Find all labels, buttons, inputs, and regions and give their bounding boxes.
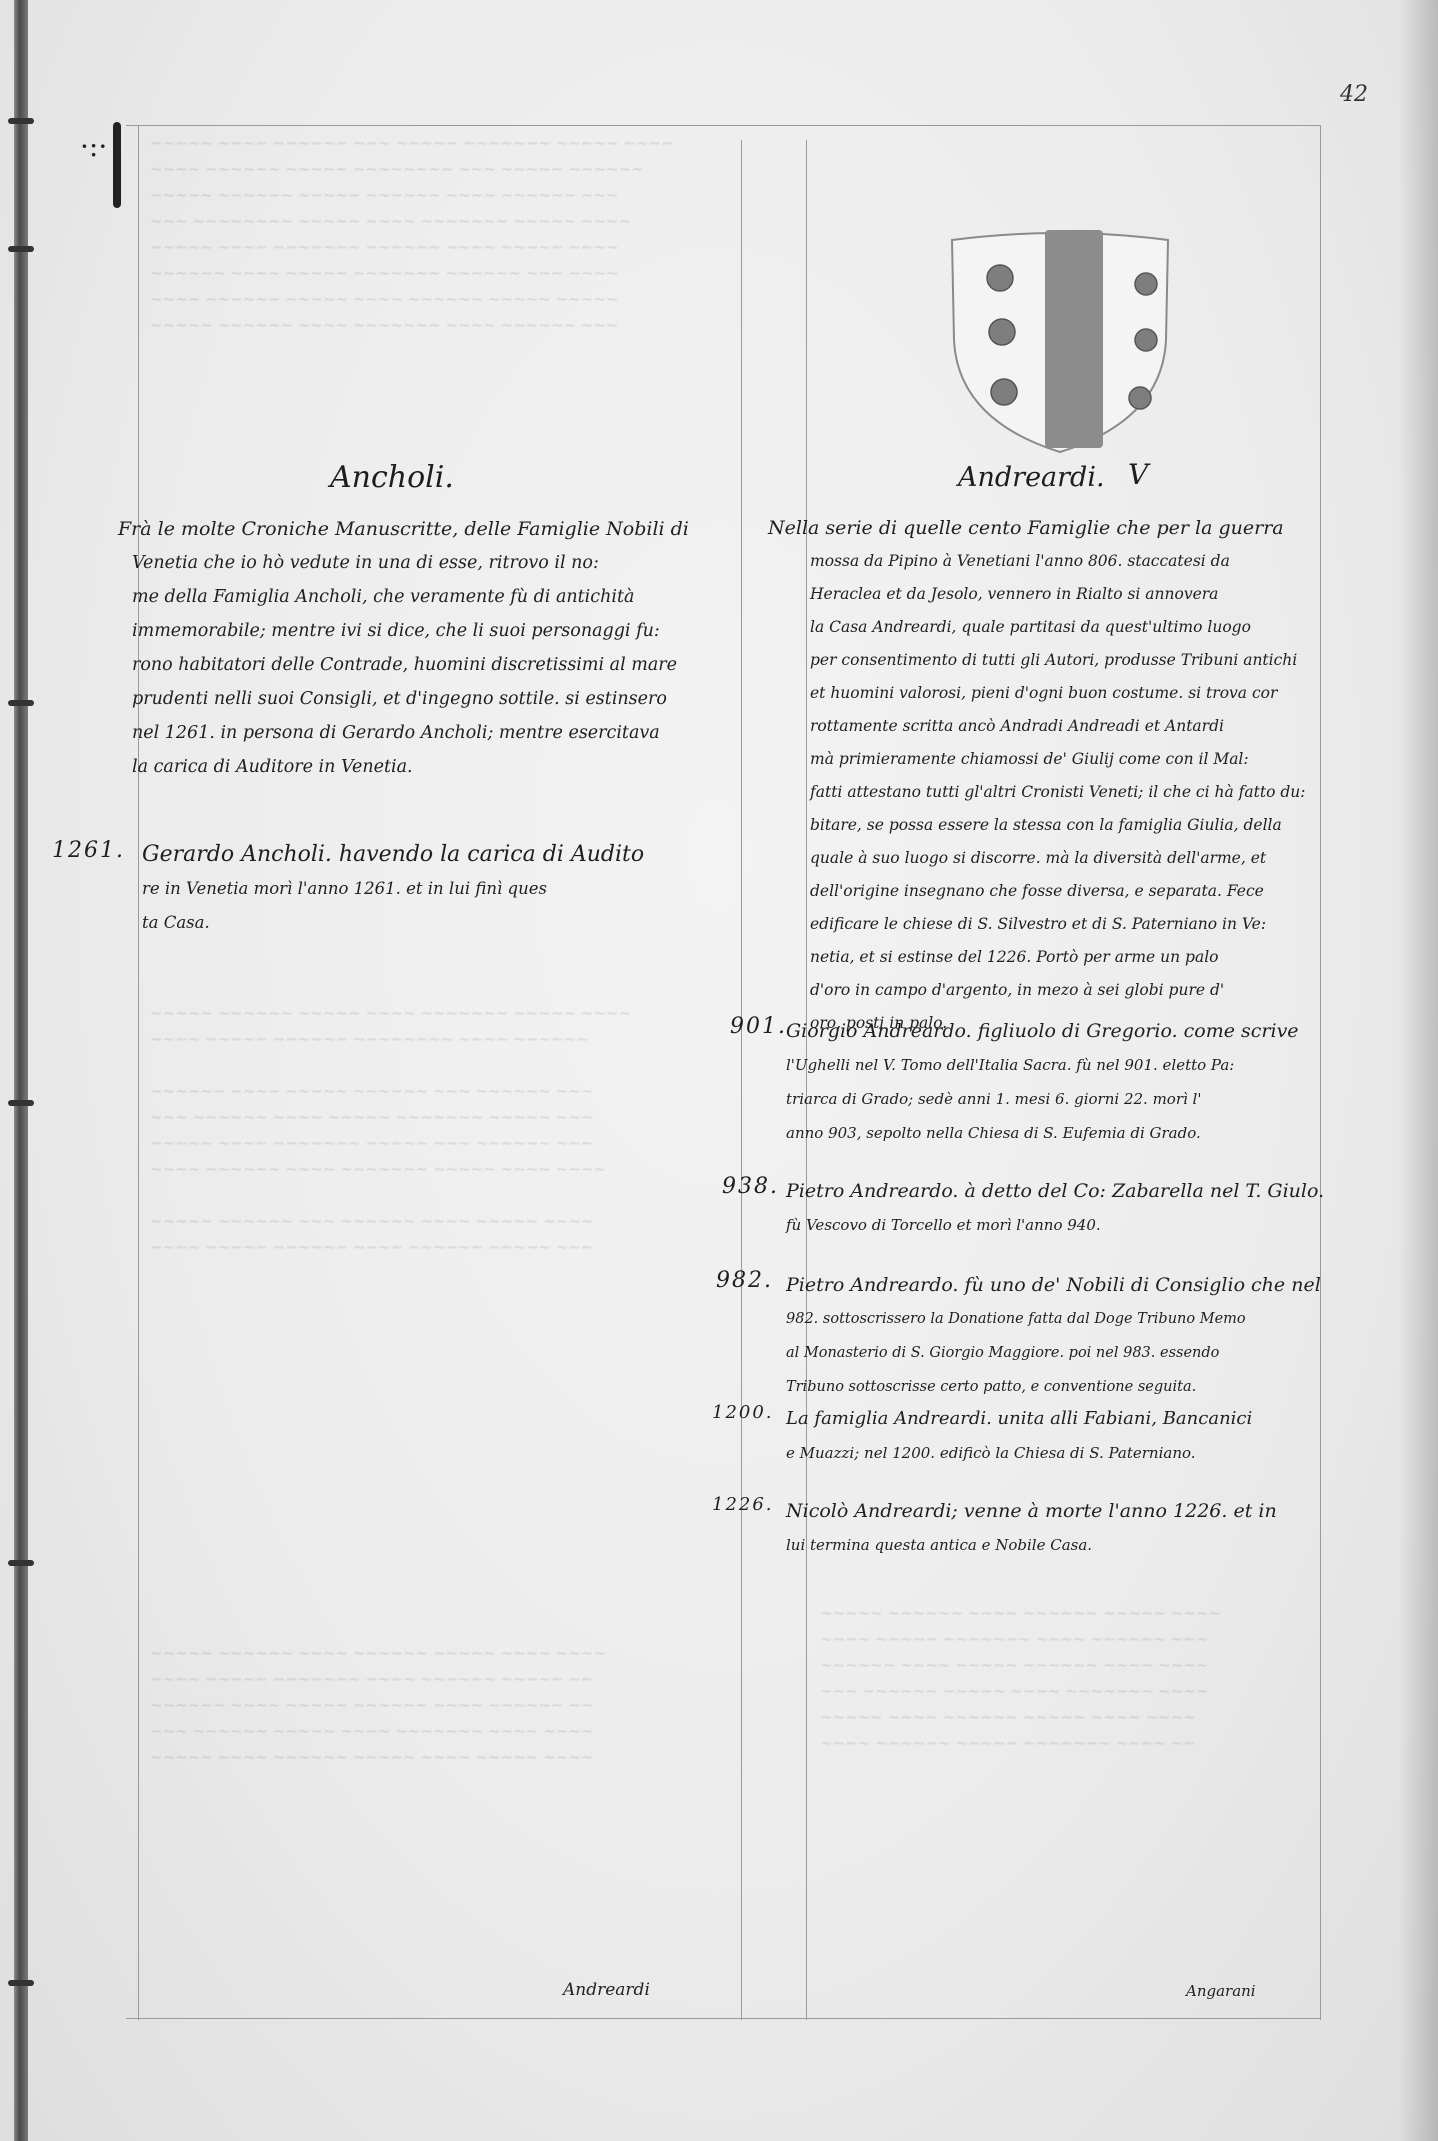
left-margin-rule [138,125,139,2020]
binding-stitch [8,1980,34,1986]
intro-line: netia, et si estinse del 1226. Portò per… [768,941,1328,974]
manuscript-page: 42 ·:· ~~~~~ ~~~~ ~~~~~~ ~~~ ~~~~~ ~~~~~… [0,0,1438,2141]
margin-bar-mark [113,122,121,208]
entry-line: anno 903, sepolto nella Chiesa di S. Euf… [786,1116,1326,1150]
intro-line: rottamente scritta ancò Andradi Andreadi… [768,710,1328,743]
entry-text: Giorgio Andreardo. figliuolo di Gregorio… [786,1014,1326,1150]
intro-line: la Casa Andreardi, quale partitasi da qu… [768,611,1328,644]
top-rule [126,125,1321,126]
entry-line: Tribuno sottoscrisse certo patto, e conv… [786,1370,1326,1404]
entry-line: ta Casa. [142,906,762,940]
intro-line: quale à suo luogo si discorre. mà la div… [768,842,1328,875]
entry-line: Gerardo Ancholi. havendo la carica di Au… [142,838,762,872]
entry-text: Pietro Andreardo. à detto del Co: Zabare… [786,1174,1326,1242]
entry-line: e Muazzi; nel 1200. edificò la Chiesa di… [786,1436,1326,1470]
entry-text: Gerardo Ancholi. havendo la carica di Au… [142,838,762,940]
column-divider-left [741,140,742,2020]
show-through-text: ~~~~~ ~~~~~~ ~~~~~ ~~~~ ~~~~~~~ ~~~~~ ~~… [150,1000,730,1260]
entry-line: lui termina questa antica e Nobile Casa. [786,1528,1326,1562]
family-title-ancholi: Ancholi. [330,460,454,495]
family-title-andreardi: Andreardi. [958,462,1105,493]
binding-stitch [8,1100,34,1106]
binding-stitch [8,1560,34,1566]
entry-line: 982. sottoscrissero la Donatione fatta d… [786,1302,1326,1336]
binding-stitch [8,118,34,124]
entry-year: 1261. [52,838,125,863]
intro-line: nel 1261. in persona di Gerardo Ancholi;… [118,716,748,750]
binding-spine [14,0,28,2141]
show-through-text: ~~~~~ ~~~~~~ ~~~~ ~~~~~~ ~~~~~ ~~~~~~~~ … [820,1600,1300,1756]
intro-line: et huomini valorosi, pieni d'ogni buon c… [768,677,1328,710]
entry-line: al Monasterio di S. Giorgio Maggiore. po… [786,1336,1326,1370]
margin-mark: ·:· [80,130,107,163]
intro-line: Heraclea et da Jesolo, vennero in Rialto… [768,578,1328,611]
catchword-left: Andreardi [563,1980,650,2000]
entry-year: 982. [716,1268,773,1293]
entry-year: 938. [722,1174,779,1199]
entry-text: Pietro Andreardo. fù uno de' Nobili di C… [786,1268,1326,1404]
intro-line: per consentimento di tutti gli Autori, p… [768,644,1328,677]
intro-line: me della Famiglia Ancholi, che veramente… [118,580,748,614]
entry-line: l'Ughelli nel V. Tomo dell'Italia Sacra.… [786,1048,1326,1082]
bottom-rule [126,2018,1321,2019]
intro-line: rono habitatori delle Contrade, huomini … [118,648,748,682]
binding-stitch [8,700,34,706]
entry-text: La famiglia Andreardi. unita alli Fabian… [786,1402,1326,1470]
page-edge-shadow [1398,0,1438,2141]
intro-line: bitare, se possa essere la stessa con la… [768,809,1328,842]
intro-line: prudenti nelli suoi Consigli, et d'ingeg… [118,682,748,716]
catchword-right: Angarani [1186,1982,1256,2000]
entry-year: 1200. [712,1402,774,1423]
intro-line: fatti attestano tutti gl'altri Cronisti … [768,776,1328,809]
entry-line: Nicolò Andreardi; venne à morte l'anno 1… [786,1494,1326,1528]
check-mark: V [1128,458,1148,491]
folio-number: 42 [1340,82,1368,107]
entry-year: 901. [730,1014,787,1039]
entry-line: re in Venetia morì l'anno 1261. et in lu… [142,872,762,906]
intro-line: immemorabile; mentre ivi si dice, che li… [118,614,748,648]
intro-line: edificare le chiese di S. Silvestro et d… [768,908,1328,941]
ancholi-intro: Frà le molte Croniche Manuscritte, delle… [118,512,748,784]
intro-line: d'oro in campo d'argento, in mezo à sei … [768,974,1328,1007]
entry-line: fù Vescovo di Torcello et morì l'anno 94… [786,1208,1326,1242]
entry-year: 1226. [712,1494,774,1515]
show-through-text: ~~~~~ ~~~~ ~~~~~~ ~~~ ~~~~~ ~~~~~~~ ~~~~… [150,130,730,338]
entry-line: Giorgio Andreardo. figliuolo di Gregorio… [786,1014,1326,1048]
entry-line: Pietro Andreardo. à detto del Co: Zabare… [786,1174,1326,1208]
intro-line: mossa da Pipino à Venetiani l'anno 806. … [768,545,1328,578]
intro-line: mà primieramente chiamossi de' Giulij co… [768,743,1328,776]
coat-of-arms-shield-icon [940,220,1180,460]
intro-line: Nella serie di quelle cento Famiglie che… [768,512,1328,545]
entry-line: La famiglia Andreardi. unita alli Fabian… [786,1402,1326,1436]
andreardi-intro: Nella serie di quelle cento Famiglie che… [768,512,1328,1040]
intro-line: la carica di Auditore in Venetia. [118,750,748,784]
intro-line: dell'origine insegnano che fosse diversa… [768,875,1328,908]
entry-text: Nicolò Andreardi; venne à morte l'anno 1… [786,1494,1326,1562]
entry-line: Pietro Andreardo. fù uno de' Nobili di C… [786,1268,1326,1302]
binding-stitch [8,246,34,252]
intro-line: Venetia che io hò vedute in una di esse,… [118,546,748,580]
show-through-text: ~~~~~ ~~~~~~ ~~~~ ~~~~~~ ~~~~~ ~~~~ ~~~~… [150,1640,730,1770]
entry-line: triarca di Grado; sedè anni 1. mesi 6. g… [786,1082,1326,1116]
intro-line: Frà le molte Croniche Manuscritte, delle… [118,512,748,546]
